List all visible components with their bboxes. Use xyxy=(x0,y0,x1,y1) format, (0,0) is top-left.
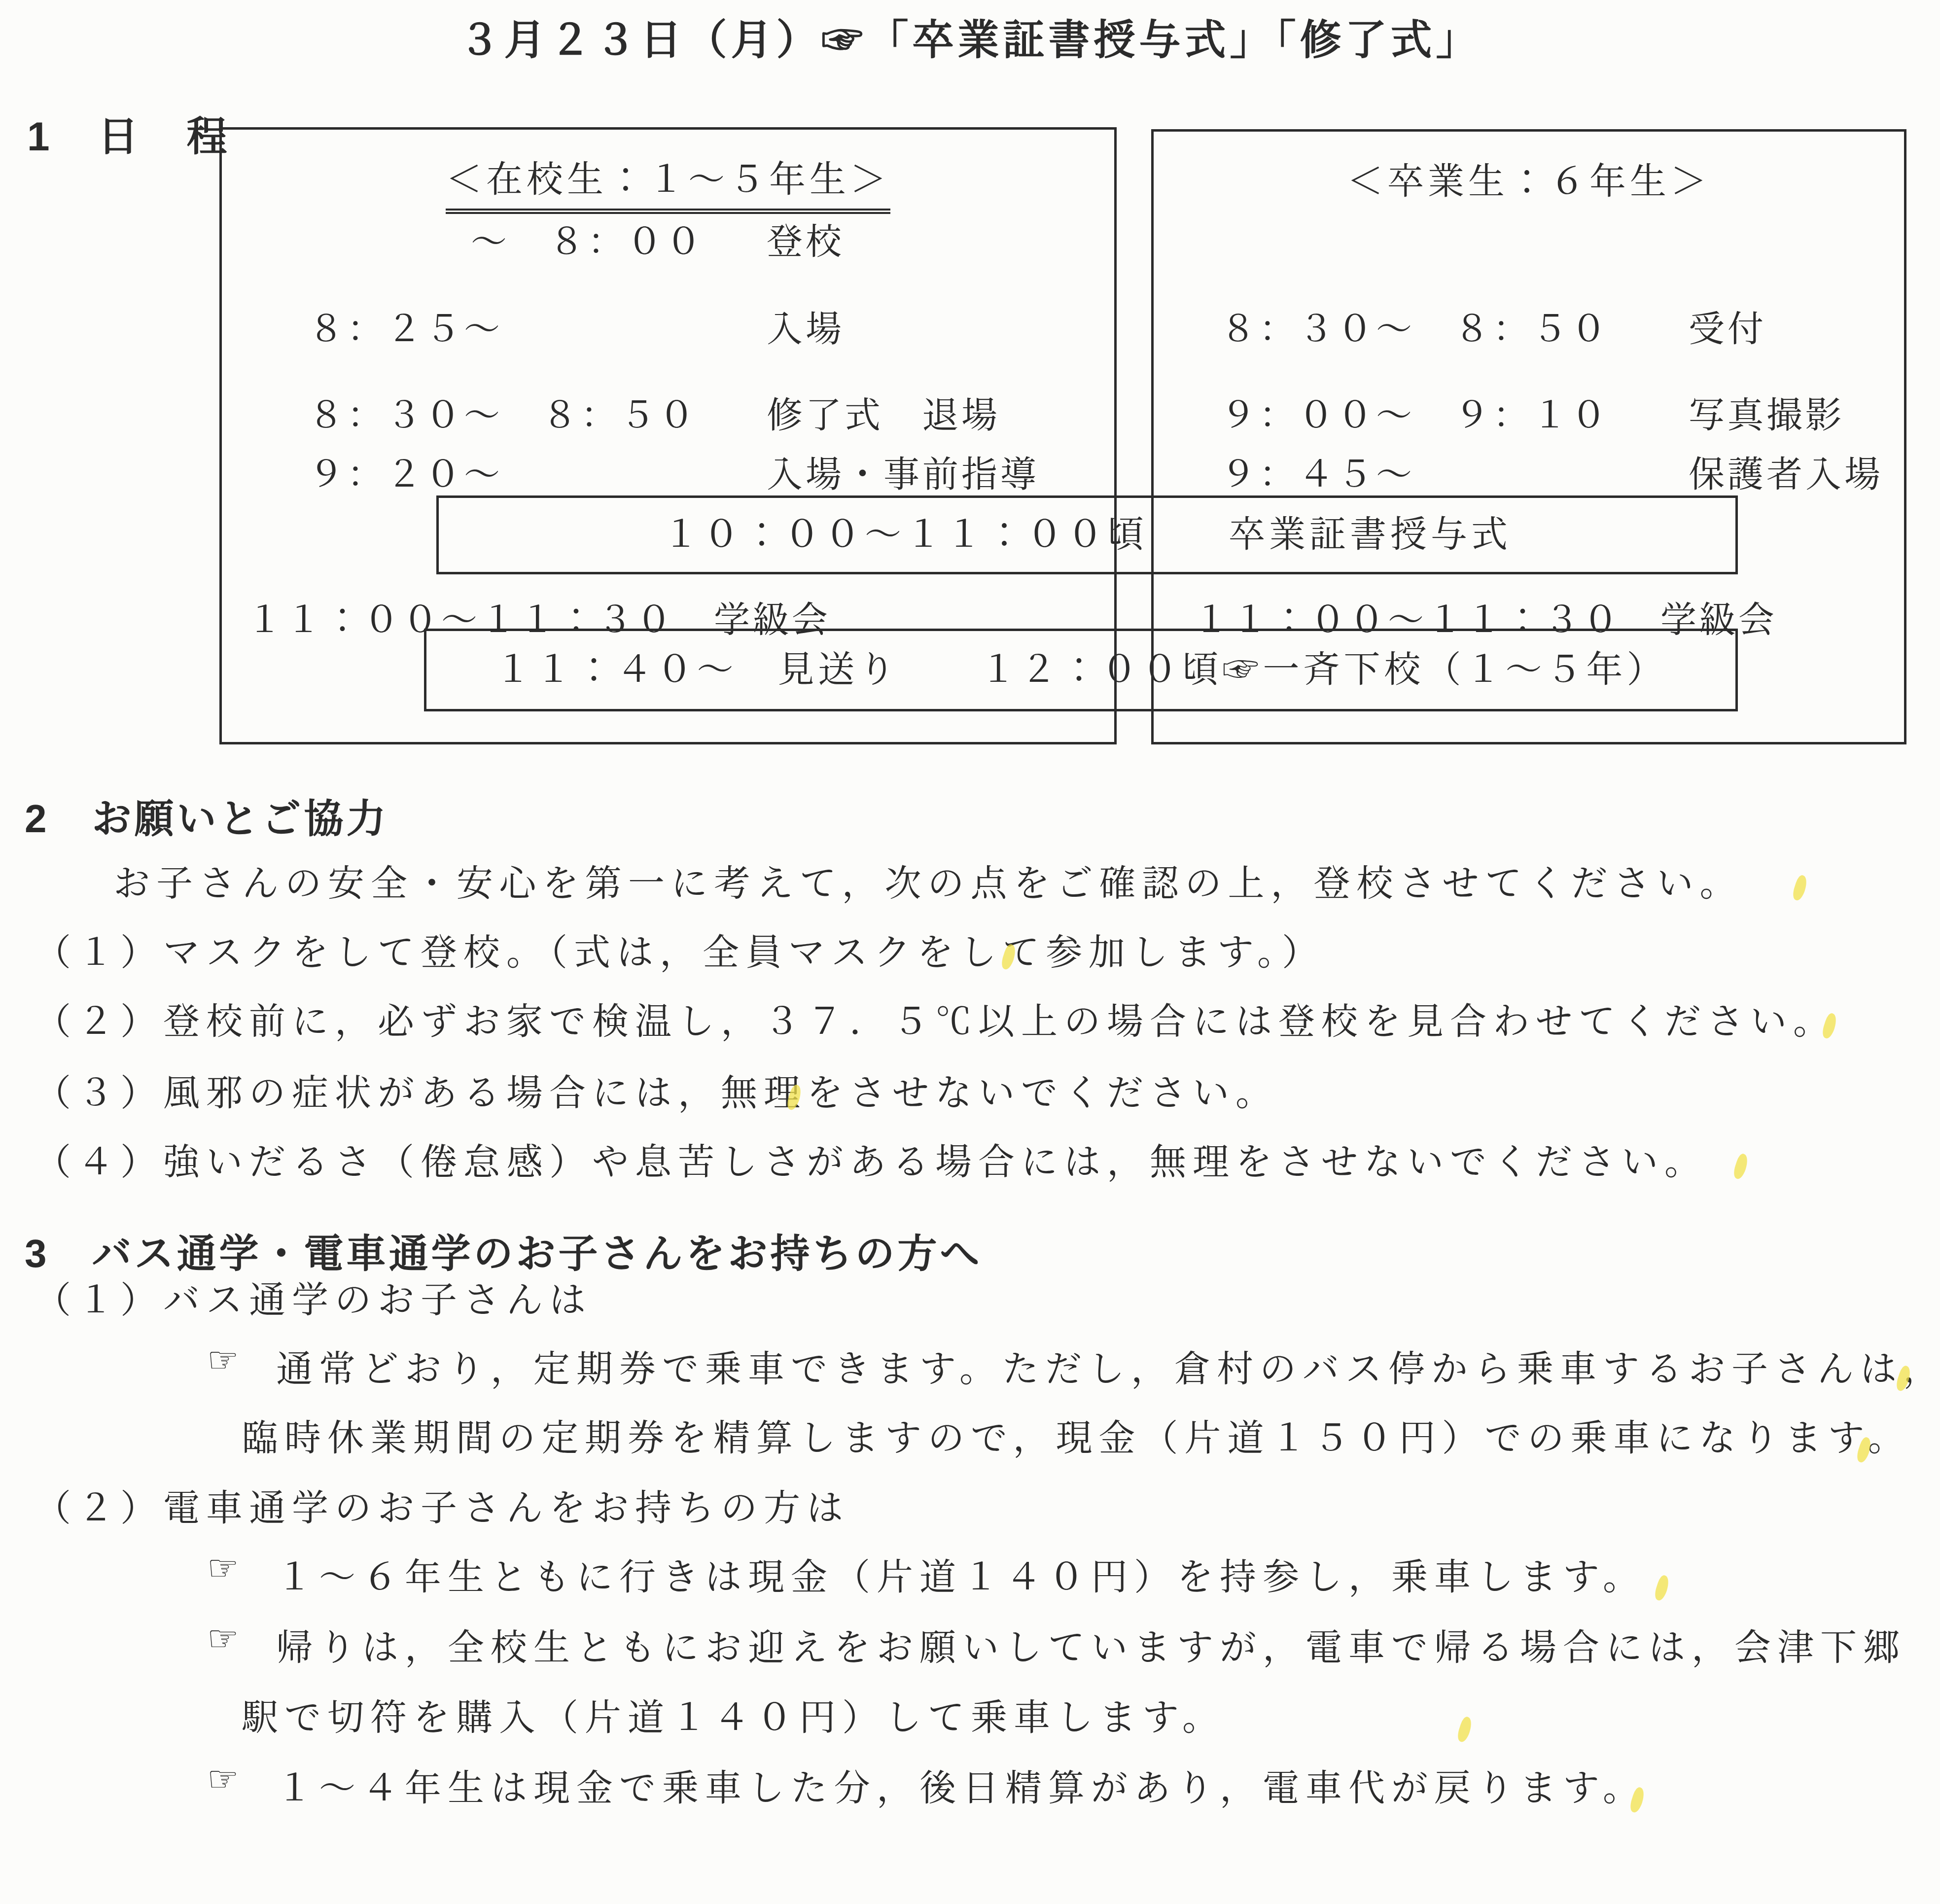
dismissal-span-row: １１：４０～ 見送り １２：００頃☞一斉下校（１～５年） xyxy=(424,629,1738,711)
section2-item-2: （２）登校前に，必ずお家で検温し，３７．５℃以上の場合には登校を見合わせてくださ… xyxy=(35,992,1836,1045)
section2-item-3: （３）風邪の症状がある場合には，無理をさせないでください。 xyxy=(35,1064,1278,1116)
pointing-hand-icon: ☞ xyxy=(207,1547,246,1588)
train-point-2-text: 帰りは，全校生ともにお迎えをお願いしていますが，電車で帰る場合には，会津下郷 xyxy=(276,1619,1906,1671)
train-point-2-continuation: 駅で切符を購入（片道１４０円）して乗車します。 xyxy=(242,1689,1225,1741)
row-time: ８：２５～ xyxy=(308,300,503,352)
scanned-notice-page: ３月２３日（月）☞「卒業証書授与式」「修了式」 1 日 程 ＜在校生：１～５年生… xyxy=(0,0,1940,1904)
row-time: ９：４５～ xyxy=(1220,445,1415,497)
pointing-hand-icon: ☞ xyxy=(207,1618,246,1659)
section2-item-4: （４）強いだるさ（倦怠感）や息苦しさがある場合には，無理をさせないでください。 xyxy=(35,1133,1707,1185)
section2-heading: 2 お願いとご協力 xyxy=(25,787,389,844)
train-point-1-text: １～６年生ともに行きは現金（片道１４０円）を持参し，乗車します。 xyxy=(276,1548,1646,1600)
section3-heading: 3 バス通学・電車通学のお子さんをお持ちの方へ xyxy=(25,1222,983,1278)
row-label: 入場 xyxy=(767,300,845,352)
section2-intro: お子さんの安全・安心を第一に考えて，次の点をご確認の上，登校させてください。 xyxy=(113,854,1743,907)
pointing-hand-icon: ☞ xyxy=(207,1339,246,1380)
highlighter-mark xyxy=(1653,1574,1671,1602)
highlighter-mark xyxy=(1791,874,1809,902)
schedule-row: ９：００～ ９：１０ 写真撮影 xyxy=(1220,386,1886,430)
zaikousei-header-text: ＜在校生：１～５年生＞ xyxy=(446,150,890,214)
schedule-row: ８：３０～ ８：５０ 受付 xyxy=(1220,300,1886,344)
schedule-row: ９：２０～ 入場・事前指導 xyxy=(308,445,1097,490)
schedule-row: ９：４５～ 保護者入場 xyxy=(1220,445,1886,490)
train-label: （２）電車通学のお子さんをお持ちの方は xyxy=(35,1479,849,1531)
sotsugyousei-header-text: ＜卒業生：６年生＞ xyxy=(1347,152,1711,205)
bus-point-text: 通常どおり，定期券で乗車できます。ただし，倉村のバス停から乗車するお子さんは， xyxy=(276,1340,1940,1392)
ceremony-span-row: １０：００～１１：００頃 卒業証書授与式 xyxy=(436,495,1738,574)
row-label: 受付 xyxy=(1689,300,1766,352)
row-label: 保護者入場 xyxy=(1689,445,1883,497)
row-time: ～ ８：００ xyxy=(308,212,705,264)
row-label: 写真撮影 xyxy=(1689,386,1844,438)
row-time: ８：３０～ ８：５０ xyxy=(308,386,698,438)
row-time: ８：３０～ ８：５０ xyxy=(1220,300,1610,352)
train-point-3-text: １～４年生は現金で乗車した分，後日精算があり，電車代が戻ります。 xyxy=(276,1759,1646,1811)
row-label: 入場・事前指導 xyxy=(767,445,1039,497)
row-label: 修了式 退場 xyxy=(767,386,1000,438)
highlighter-mark xyxy=(1456,1716,1474,1743)
section1-heading: 1 日 程 xyxy=(27,105,231,162)
row-time: ９：００～ ９：１０ xyxy=(1220,386,1610,438)
pointing-hand-icon: ☞ xyxy=(207,1758,246,1799)
dismissal-row-text: １１：４０～ 見送り １２：００頃☞一斉下校（１～５年） xyxy=(495,650,1667,690)
bus-label: （１）バス通学のお子さんは xyxy=(35,1271,592,1323)
row-time: ９：２０～ xyxy=(308,445,503,497)
schedule-row: ８：２５～ 入場 xyxy=(308,300,1097,344)
page-title: ３月２３日（月）☞「卒業証書授与式」「修了式」 xyxy=(0,7,1940,67)
highlighter-mark xyxy=(1732,1153,1750,1180)
ceremony-row-text: １０：００～１１：００頃 卒業証書授与式 xyxy=(663,515,1512,555)
zaikousei-header: ＜在校生：１～５年生＞ xyxy=(222,150,1114,214)
section2-item-1: （１）マスクをして登校。（式は，全員マスクをして参加します。） xyxy=(35,923,1325,976)
sotsugyousei-header: ＜卒業生：６年生＞ xyxy=(1154,152,1904,205)
schedule-row: ８：３０～ ８：５０ 修了式 退場 xyxy=(308,386,1097,430)
schedule-row: ～ ８：００ 登校 xyxy=(308,212,1097,257)
row-label: 登校 xyxy=(767,212,845,264)
bus-point-continuation: 臨時休業期間の定期券を精算しますので，現金（片道１５０円）での乗車になります。 xyxy=(242,1409,1911,1461)
